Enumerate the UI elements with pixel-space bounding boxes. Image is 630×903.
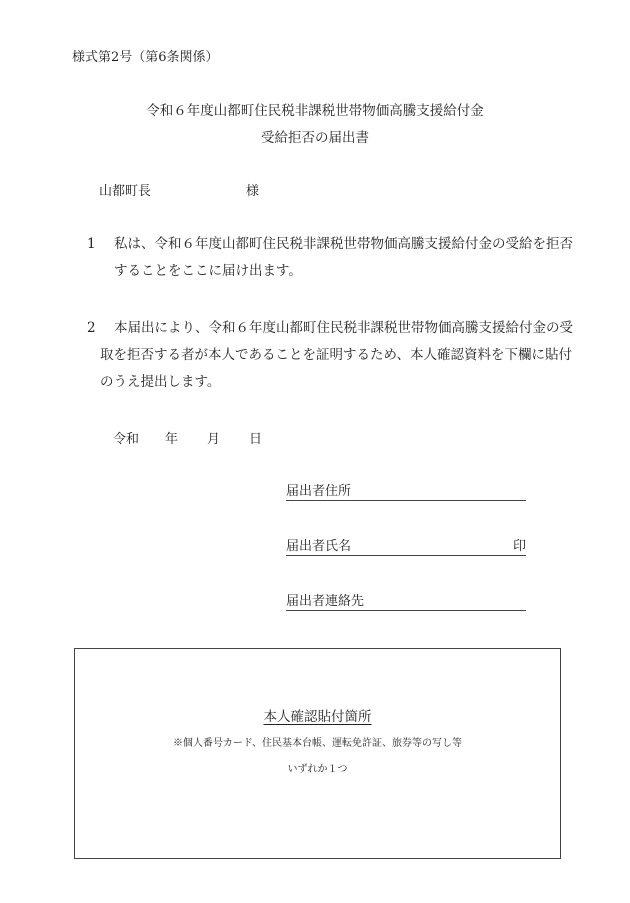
id-box-title: 本人確認貼付箇所 bbox=[75, 705, 560, 725]
seal-mark: 印 bbox=[513, 538, 526, 555]
date-year-label: 年 bbox=[165, 428, 207, 447]
paragraph-number: 1 bbox=[87, 231, 114, 258]
date-era: 令和 bbox=[113, 428, 165, 447]
addressee-name: 山都町長 bbox=[99, 180, 151, 199]
date-row: 令和年月日 bbox=[113, 428, 262, 447]
paragraph-1: 1私は、令和６年度山都町住民税非課税世帯物価高騰支援給付金の受給を拒否 すること… bbox=[87, 231, 573, 285]
paragraph-text: 本届出により、令和６年度山都町住民税非課税世帯物価高騰支援給付金の受 bbox=[114, 320, 573, 336]
paragraph-text: 私は、令和６年度山都町住民税非課税世帯物価高騰支援給付金の受給を拒否 bbox=[114, 236, 573, 252]
id-box-note: ※個人番号カード、住民基本台帳、運転免許証、旅券等の写し等 bbox=[75, 734, 560, 749]
applicant-contact-field[interactable]: 届出者連絡先 bbox=[286, 593, 526, 611]
applicant-address-label: 届出者住所 bbox=[286, 484, 351, 499]
date-month-label: 月 bbox=[207, 428, 249, 447]
applicant-name-field[interactable]: 届出者氏名 印 bbox=[286, 538, 526, 556]
document-title-line-2: 受給拒否の届出書 bbox=[0, 126, 630, 146]
addressee-suffix: 様 bbox=[246, 180, 259, 199]
paragraph-text: 取を拒否する者が本人であることを証明するため、本人確認資料を下欄に貼付 bbox=[87, 342, 573, 369]
id-document-attachment-box: 本人確認貼付箇所 ※個人番号カード、住民基本台帳、運転免許証、旅券等の写し等 い… bbox=[74, 648, 561, 859]
applicant-address-field[interactable]: 届出者住所 bbox=[286, 483, 526, 501]
paragraph-text: することをここに届け出ます。 bbox=[87, 258, 573, 285]
paragraph-2: 2本届出により、令和６年度山都町住民税非課税世帯物価高騰支援給付金の受 取を拒否… bbox=[87, 315, 573, 396]
paragraph-text: のうえ提出します。 bbox=[87, 369, 573, 396]
date-day-label: 日 bbox=[249, 428, 262, 447]
id-box-title-text: 本人確認貼付箇所 bbox=[264, 709, 372, 725]
applicant-contact-label: 届出者連絡先 bbox=[286, 594, 364, 609]
id-box-note-2: いずれか１つ bbox=[75, 760, 560, 775]
document-title-line-1: 令和６年度山都町住民税非課税世帯物価高騰支援給付金 bbox=[0, 99, 630, 119]
applicant-name-label: 届出者氏名 bbox=[286, 539, 351, 554]
paragraph-number: 2 bbox=[87, 315, 114, 342]
form-number: 様式第2号（第6条関係） bbox=[72, 46, 219, 65]
